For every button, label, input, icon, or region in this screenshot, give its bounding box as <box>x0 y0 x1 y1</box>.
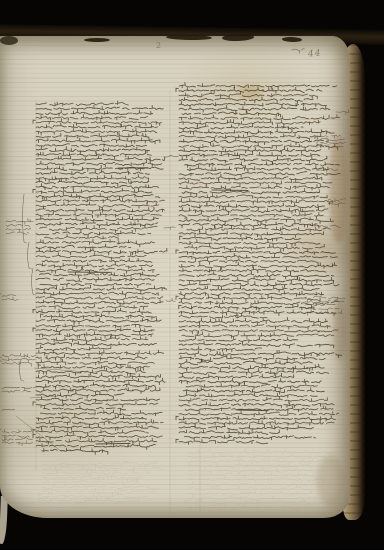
left-margin-note-4 <box>2 387 36 392</box>
handwriting-layer <box>0 0 384 550</box>
left-margin-note-2 <box>0 294 18 301</box>
quire-mark: 2 <box>156 41 161 50</box>
left-margin-note-5 <box>2 409 15 410</box>
folio-smudge <box>292 49 304 53</box>
left-text-column <box>33 101 167 454</box>
right-margin-note-2 <box>317 135 346 148</box>
right-margin-note-1 <box>336 110 348 114</box>
left-margin-note-6 <box>0 429 33 446</box>
manuscript-photo: 2 44 <box>0 0 384 550</box>
left-margin-note-1 <box>6 218 33 234</box>
right-margin-note-3 <box>316 168 338 172</box>
gutter-note-3 <box>166 298 175 301</box>
show-through-right <box>185 448 337 510</box>
right-text-column <box>176 82 342 444</box>
gutter-note-2 <box>164 227 175 230</box>
right-margin-note-4 <box>328 199 346 207</box>
gutter-note-1 <box>164 155 178 157</box>
show-through-left <box>39 460 162 505</box>
folio-number: 44 <box>308 49 322 60</box>
left-margin-note-3 <box>0 353 36 366</box>
